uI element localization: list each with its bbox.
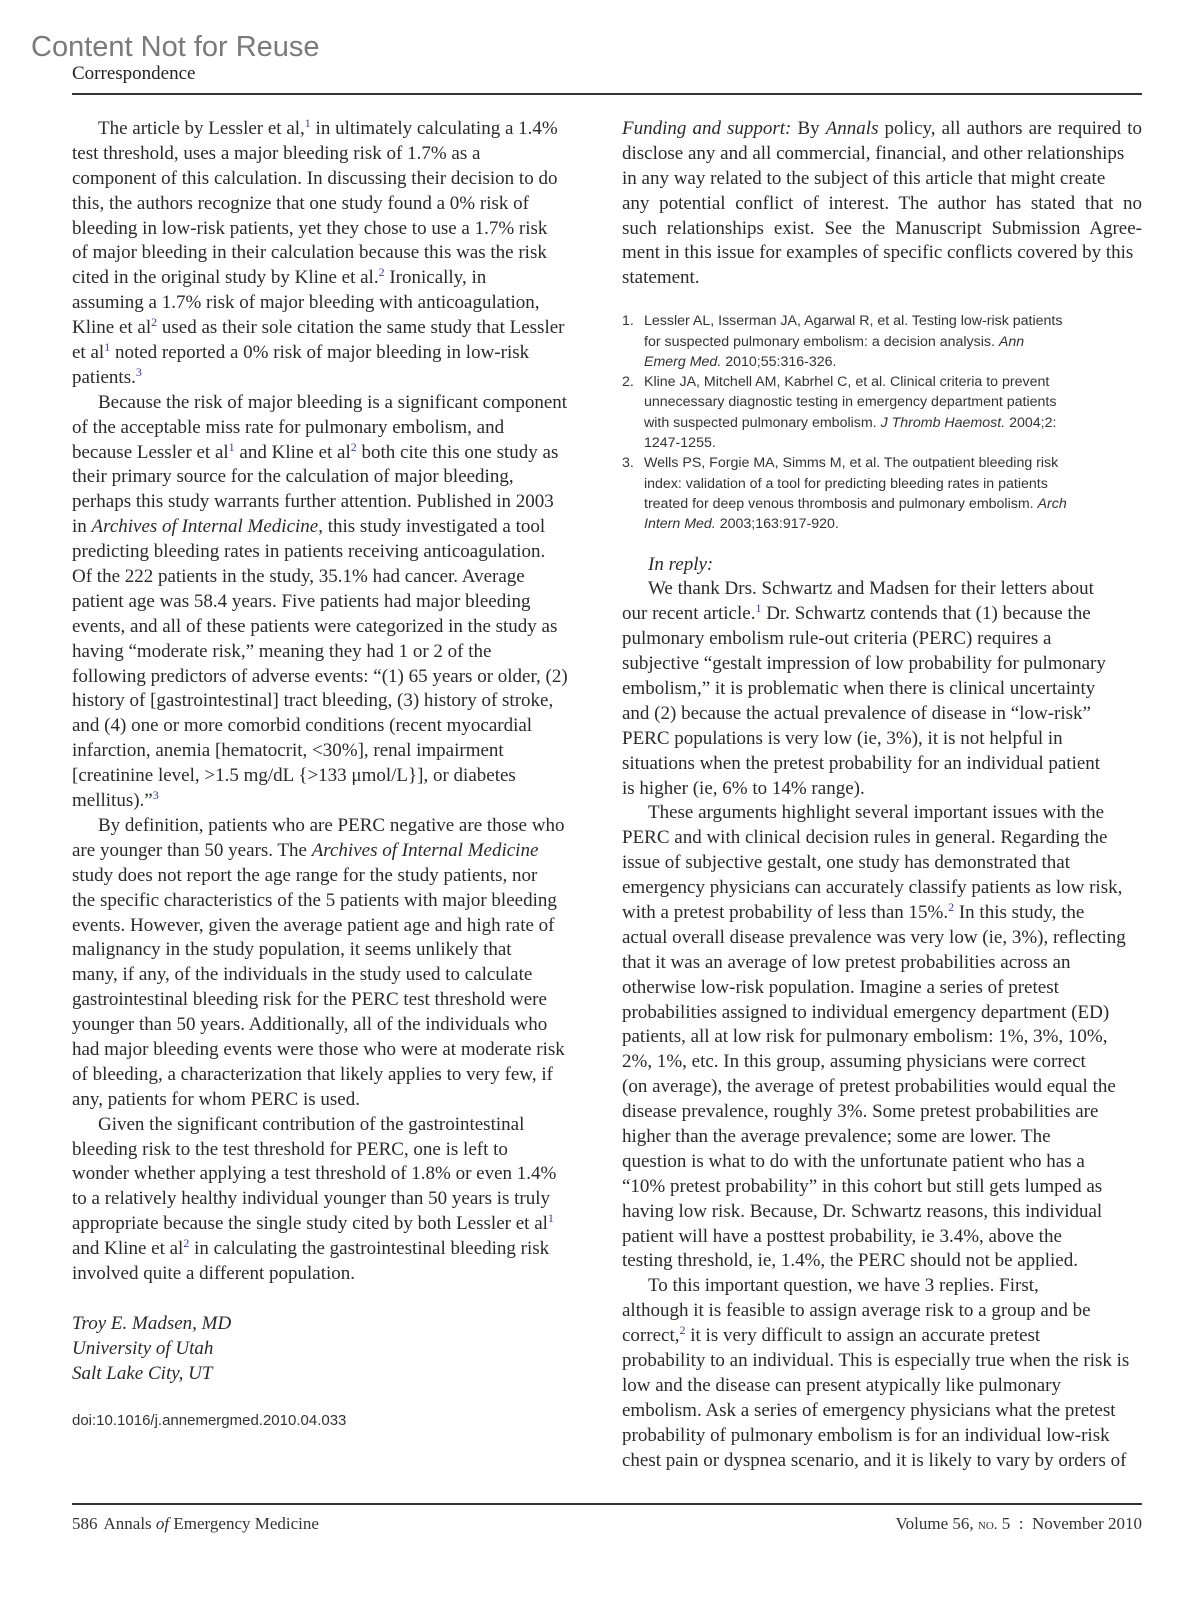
reference-item[interactable]: 1. Lessler AL, Isserman JA, Agarwal R, e… [622, 311, 1142, 372]
page-number: 586 [72, 1514, 98, 1533]
running-head: Correspondence [72, 63, 195, 85]
left-column: The article by Lessler et al,1 in ultima… [72, 117, 602, 1429]
reference-list: 1. Lessler AL, Isserman JA, Agarwal R, e… [622, 311, 1142, 534]
header-rule [72, 93, 1142, 95]
reply-paragraph-3: To this important question, we have 3 re… [622, 1274, 1142, 1473]
journal-title: Archives of Internal Medicine [312, 840, 539, 861]
author-signature: Troy E. Madsen, MD University of Utah Sa… [72, 1311, 602, 1386]
author-location: Salt Lake City, UT [72, 1361, 602, 1386]
reply-section: In reply: We thank Drs. Schwartz and Mad… [622, 553, 1142, 1474]
right-column: Funding and support: By Annals policy, a… [622, 117, 1142, 1473]
reference-item[interactable]: 2. Kline JA, Mitchell AM, Kabrhel C, et … [622, 372, 1142, 453]
citation-ref[interactable]: 3 [136, 365, 142, 379]
reply-paragraph-1: We thank Drs. Schwartz and Madsen for th… [622, 577, 1142, 801]
letter-paragraph-1: The article by Lessler et al,1 in ultima… [72, 117, 602, 391]
footer-issue: Volume 56, no. 5 : November 2010 [896, 1514, 1142, 1534]
author-name: Troy E. Madsen, MD [72, 1311, 602, 1336]
letter-paragraph-3: By definition, patients who are PERC neg… [72, 814, 602, 1113]
funding-statement: Funding and support: By Annals policy, a… [622, 117, 1142, 291]
footer-rule [72, 1503, 1142, 1505]
watermark: Content Not for Reuse [31, 30, 320, 64]
letter-paragraph-2: Because the risk of major bleeding is a … [72, 391, 602, 814]
reference-item[interactable]: 3. Wells PS, Forgie MA, Simms M, et al. … [622, 453, 1142, 534]
citation-ref[interactable]: 1 [548, 1211, 554, 1225]
journal-title: Archives of Internal Medicine [92, 516, 319, 537]
doi-link[interactable]: doi:10.1016/j.annemergmed.2010.04.033 [72, 1412, 602, 1429]
reply-paragraph-2: These arguments highlight several import… [622, 801, 1142, 1274]
citation-ref[interactable]: 3 [153, 788, 159, 802]
author-affiliation: University of Utah [72, 1336, 602, 1361]
funding-label: Funding and support: [622, 118, 791, 139]
footer-journal: 586Annals of Emergency Medicine [72, 1514, 319, 1534]
letter-paragraph-4: Given the significant contribution of th… [72, 1113, 602, 1287]
reply-heading: In reply: [648, 554, 713, 575]
